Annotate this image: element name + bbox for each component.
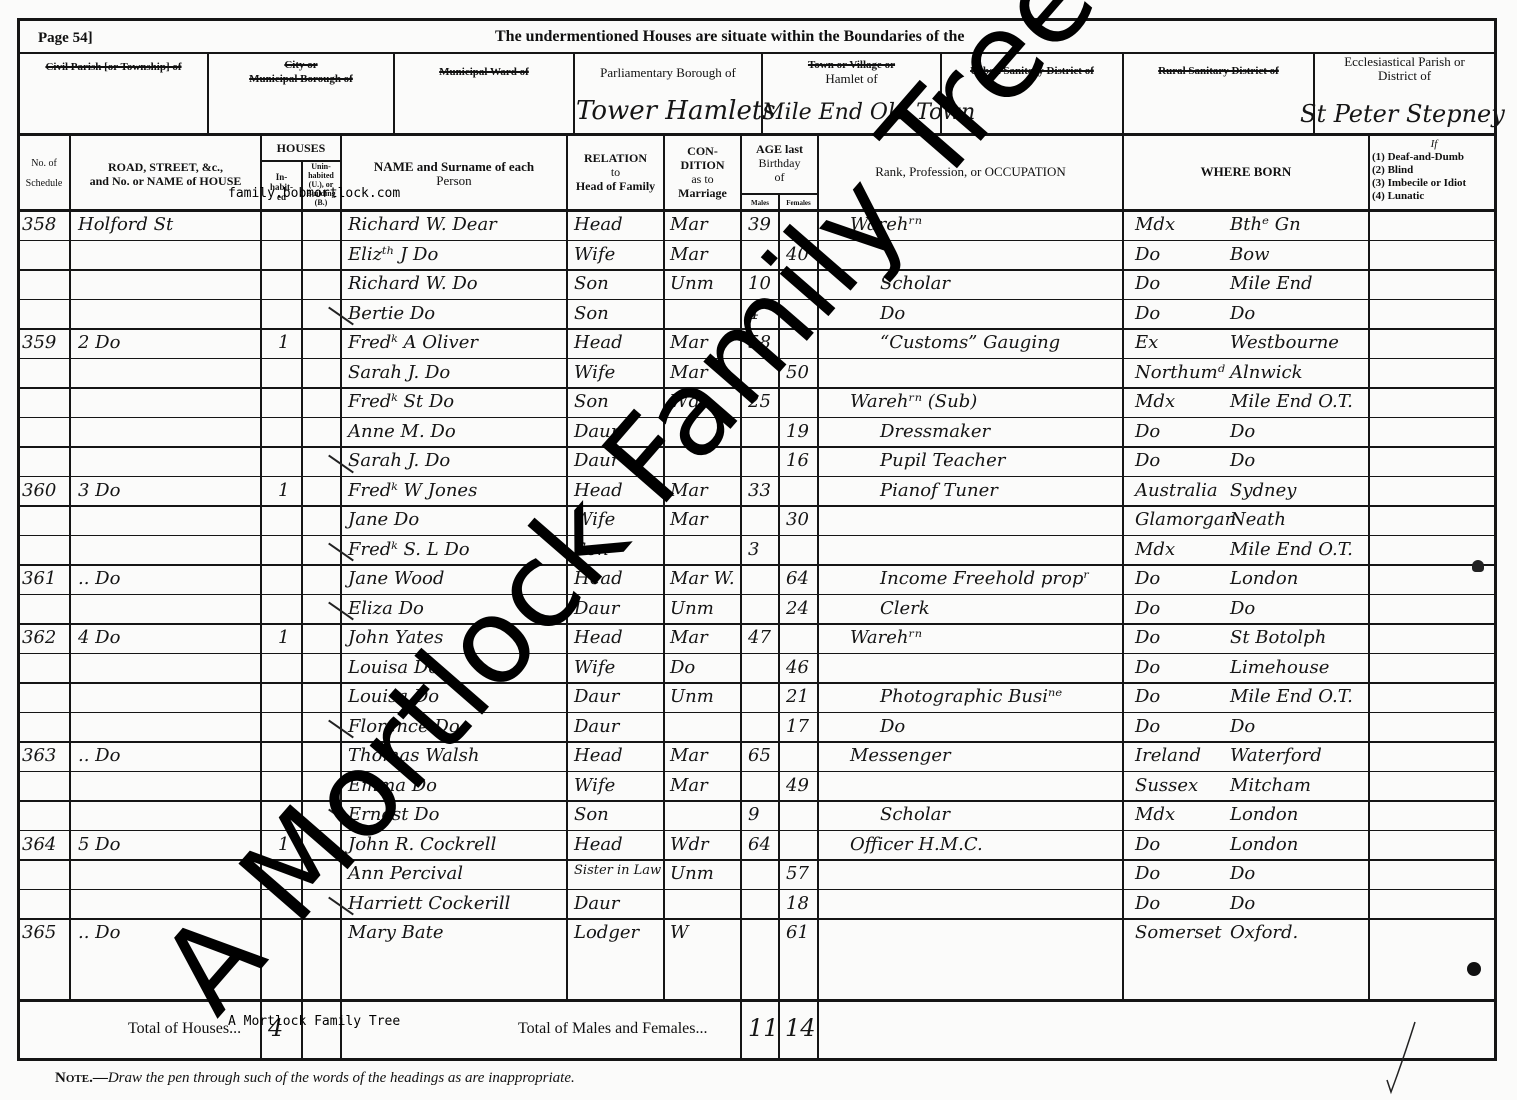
col-line-relation [663, 133, 665, 1000]
cell-name: Jane Wood [348, 568, 444, 589]
parliamentary-borough-value: Tower Hamlets [576, 96, 776, 126]
title-divider [17, 52, 1497, 54]
cell-male-age: 65 [748, 745, 771, 766]
municipal-borough-label-line2: Municipal Borough of [209, 72, 393, 86]
cell-occupation: Pupil Teacher [880, 450, 1005, 471]
header-schedule-line2: Schedule [19, 177, 69, 191]
cell-schedule: 359 [22, 332, 56, 353]
cell-born-place: Mile End O.T. [1230, 686, 1353, 707]
cell-name: Anne M. Do [348, 421, 456, 442]
cell-relation: Head [574, 834, 623, 855]
header-bottom [17, 209, 1497, 212]
cell-born-county: Ireland [1135, 745, 1201, 766]
cell-female-age: 61 [786, 922, 809, 943]
cell-relation: Head [574, 214, 623, 235]
cell-born-place: Do [1230, 598, 1255, 619]
cell-born-county: Do [1135, 716, 1160, 737]
cell-road: .. Do [78, 568, 120, 589]
header-road: ROAD, STREET, &c., and No. or NAME of HO… [71, 160, 260, 188]
header-infirmity: If (1) Deaf-and-Dumb (2) Blind (3) Imbec… [1372, 138, 1496, 203]
cell-born-county: Do [1135, 627, 1160, 648]
cell-schedule: 365 [22, 922, 56, 943]
cell-schedule: 362 [22, 627, 56, 648]
ecclesiastical-parish-label-line2: District of [1315, 69, 1494, 83]
row-rule [19, 564, 1494, 566]
cell-born-place: Bthᵉ Gn [1230, 214, 1301, 235]
cell-schedule: 363 [22, 745, 56, 766]
cell-name: Eliza Do [348, 598, 424, 619]
cell-born-place: Do [1230, 421, 1255, 442]
cell-born-place: Mitcham [1230, 775, 1311, 796]
cell-male-age: 33 [748, 480, 771, 501]
cell-female-age: 17 [786, 716, 809, 737]
page-number: Page 54] [38, 30, 93, 47]
cell-born-county: Mdx [1135, 539, 1175, 560]
watermark-url: family.bobmortlock.com [228, 186, 400, 201]
ink-blot-icon [1467, 962, 1481, 976]
cell-female-age: 57 [786, 863, 809, 884]
header-uninhabited-line2: habited [302, 171, 340, 180]
cell-born-county: Northumᵈ [1135, 362, 1225, 383]
cell-schedule: 358 [22, 214, 56, 235]
cell-relation: Son [574, 804, 609, 825]
row-rule [19, 771, 1494, 773]
cell-born-county: Do [1135, 273, 1160, 294]
footnote-prefix: Note.— [55, 1070, 108, 1086]
header-uninhabited-line1: Unin- [302, 162, 340, 171]
cell-born-county: Do [1135, 244, 1160, 265]
header-name-line1: NAME and Surname of each [342, 160, 566, 174]
cell-name: Richard W. Do [348, 273, 478, 294]
header-condition: CON- DITION as to Marriage [665, 144, 740, 200]
cell-born-place: Alnwick [1230, 362, 1303, 383]
header-relation-line2: to [568, 165, 663, 179]
cell-born-county: Do [1135, 686, 1160, 707]
cell-road: 2 Do [78, 332, 120, 353]
row-rule [19, 741, 1494, 743]
total-persons-label: Total of Males and Females... [518, 1020, 708, 1038]
cell-female-age: 24 [786, 598, 809, 619]
cell-male-age: 3 [748, 539, 759, 560]
cell-male-age: 47 [748, 627, 771, 648]
cell-road: 4 Do [78, 627, 120, 648]
cell-name: Fredᵏ A Oliver [348, 332, 478, 353]
cell-relation: Sister in Law [574, 863, 661, 878]
cell-condition: Wdr [670, 834, 709, 855]
cell-condition: Do [670, 657, 695, 678]
cell-occupation: Income Freehold propʳ [880, 568, 1090, 589]
cell-born-place: Westbourne [1230, 332, 1339, 353]
cell-born-place: Do [1230, 450, 1255, 471]
cell-female-age: 64 [786, 568, 809, 589]
header-infirmity-2: (2) Blind [1372, 164, 1496, 177]
row-rule [19, 535, 1494, 537]
row-rule [19, 800, 1494, 802]
cell-born-county: Do [1135, 657, 1160, 678]
cell-born-place: Mile End O.T. [1230, 391, 1353, 412]
cell-relation: Head [574, 745, 623, 766]
header-infirmity-if: If [1372, 138, 1496, 151]
cell-born-place: Do [1230, 716, 1255, 737]
cell-occupation: Photographic Busiⁿᵉ [880, 686, 1062, 707]
cell-occupation: “Customs” Gauging [880, 332, 1060, 353]
header-condition-line3: as to [665, 172, 740, 186]
cell-relation: Son [574, 303, 609, 324]
col-line-uninhabited [340, 133, 342, 1060]
row-rule [19, 505, 1494, 507]
cell-born-place: Oxford. [1230, 922, 1298, 943]
cell-condition: W [670, 922, 689, 943]
cell-name: Sarah J. Do [348, 362, 450, 383]
cell-relation: Wife [574, 657, 615, 678]
cell-name: Fredᵏ W Jones [348, 480, 477, 501]
col-line-where-born [1368, 133, 1370, 1000]
header-houses: HOUSES [262, 141, 340, 155]
cell-condition: Unm [670, 863, 714, 884]
cell-relation: Wife [574, 775, 615, 796]
cell-name: Fredᵏ S. L Do [348, 539, 470, 560]
cell-relation: Wife [574, 244, 615, 265]
cell-born-place: Mile End O.T. [1230, 539, 1353, 560]
cell-occupation: Officer H.M.C. [850, 834, 983, 855]
cell-born-place: London [1230, 834, 1298, 855]
ecclesiastical-parish-label-line1: Ecclesiastical Parish or [1315, 55, 1494, 69]
cell-relation: Head [574, 332, 623, 353]
cell-born-county: Ex [1135, 332, 1158, 353]
cell-born-place: Do [1230, 863, 1255, 884]
cell-condition: Mar [670, 745, 708, 766]
cell-born-place: Mile End [1230, 273, 1313, 294]
ecclesiastical-parish-value: St Peter Stepney [1300, 100, 1505, 128]
cell-condition: Mar [670, 775, 708, 796]
cell-occupation: Warehʳⁿ [850, 627, 922, 648]
cell-inhabited: 1 [278, 627, 289, 648]
cell-condition: Mar [670, 627, 708, 648]
cell-occupation: Pianof Tuner [880, 480, 998, 501]
cell-born-place: Bow [1230, 244, 1269, 265]
cell-born-county: Mdx [1135, 391, 1175, 412]
cell-relation: Son [574, 273, 609, 294]
cell-condition: Mar [670, 214, 708, 235]
ink-blot-icon [1472, 560, 1484, 572]
cell-schedule: 364 [22, 834, 56, 855]
cell-name: Harriett Cockerill [348, 893, 510, 914]
cell-born-place: Waterford [1230, 745, 1322, 766]
cell-born-county: Sussex [1135, 775, 1198, 796]
cell-born-county: Do [1135, 303, 1160, 324]
cell-relation: Lodger [574, 922, 639, 943]
municipal-borough-label-line1: City or [209, 58, 393, 72]
cell-condition: Unm [670, 686, 714, 707]
cell-male-age: 64 [748, 834, 771, 855]
row-rule [19, 682, 1494, 684]
header-condition-line1: CON- [665, 144, 740, 158]
header-inhabited-line1: In- [262, 172, 301, 182]
municipal-ward-label: Municipal Ward of [395, 65, 573, 79]
cell-female-age: 49 [786, 775, 809, 796]
cell-born-county: Do [1135, 834, 1160, 855]
cell-born-place: Do [1230, 303, 1255, 324]
municipal-borough-label: City or Municipal Borough of [209, 58, 393, 86]
header-relation-line3: Head of Family [568, 179, 663, 193]
footnote-text: Draw the pen through such of the words o… [108, 1070, 575, 1086]
cell-born-place: Limehouse [1230, 657, 1329, 678]
cell-name: Mary Bate [348, 922, 444, 943]
header-name: NAME and Surname of each Person [342, 160, 566, 188]
header-condition-line2: DITION [665, 158, 740, 172]
header-age-line1: AGE last [742, 142, 817, 156]
cell-female-age: 18 [786, 893, 809, 914]
cell-occupation: Do [880, 716, 905, 737]
cell-name: Elizᵗʰ J Do [348, 244, 438, 265]
cell-born-county: Do [1135, 893, 1160, 914]
cell-schedule: 360 [22, 480, 56, 501]
ecclesiastical-parish-label: Ecclesiastical Parish or District of [1315, 55, 1494, 83]
cell-born-county: Do [1135, 863, 1160, 884]
row-rule [19, 476, 1494, 478]
cell-occupation: Dressmaker [880, 421, 990, 442]
header-age-line2: Birthday [742, 156, 817, 170]
cell-born-county: Do [1135, 568, 1160, 589]
cell-occupation: Clerk [880, 598, 930, 619]
cell-schedule: 361 [22, 568, 56, 589]
cell-occupation: Scholar [880, 804, 950, 825]
cell-occupation: Warehʳⁿ (Sub) [850, 391, 977, 412]
header-where-born: WHERE BORN [1124, 165, 1368, 179]
total-females-value: 14 [785, 1014, 816, 1042]
cell-name: Jane Do [348, 509, 419, 530]
frame-bottom [17, 1058, 1497, 1061]
cell-inhabited: 1 [278, 332, 289, 353]
cell-born-county: Mdx [1135, 804, 1175, 825]
frame-top [17, 18, 1497, 21]
cell-inhabited: 1 [278, 480, 289, 501]
cell-born-county: Do [1135, 421, 1160, 442]
cell-female-age: 19 [786, 421, 809, 442]
header-schedule-line1: No. of [19, 157, 69, 171]
header-relation: RELATION to Head of Family [568, 151, 663, 193]
row-rule [19, 446, 1494, 448]
cell-road: .. Do [78, 922, 120, 943]
cell-born-county: Australia [1135, 480, 1218, 501]
footnote: Note.—Draw the pen through such of the w… [55, 1070, 575, 1087]
page-title: The undermentioned Houses are situate wi… [495, 28, 965, 46]
cell-road: .. Do [78, 745, 120, 766]
cell-female-age: 30 [786, 509, 809, 530]
district-divider [573, 52, 575, 133]
cell-born-county: Do [1135, 450, 1160, 471]
cell-female-age: 21 [786, 686, 809, 707]
cell-occupation: Do [880, 303, 905, 324]
cell-born-county: Do [1135, 598, 1160, 619]
row-rule [19, 712, 1494, 714]
cell-born-place: Do [1230, 893, 1255, 914]
cell-relation: Wife [574, 362, 615, 383]
row-rule [19, 594, 1494, 596]
row-rule [19, 653, 1494, 655]
cell-condition: Mar [670, 244, 708, 265]
rural-sanitary-label: Rural Sanitary District of [1124, 64, 1313, 78]
cell-relation: Daur [574, 686, 619, 707]
checkmark-icon [1385, 1020, 1425, 1100]
cell-born-county: Mdx [1135, 214, 1175, 235]
cell-born-place: London [1230, 568, 1298, 589]
col-line-occupation [1122, 133, 1124, 1000]
cell-condition: Mar W. [670, 568, 735, 589]
cell-road: Holford St [78, 214, 173, 235]
header-relation-line1: RELATION [568, 151, 663, 165]
cell-relation: Daur [574, 716, 619, 737]
cell-name: Fredᵏ St Do [348, 391, 454, 412]
header-infirmity-3: (3) Imbecile or Idiot [1372, 177, 1496, 190]
cell-road: 5 Do [78, 834, 120, 855]
cell-female-age: 16 [786, 450, 809, 471]
cell-born-county: Glamorgan [1135, 509, 1236, 530]
parliamentary-borough-label: Parliamentary Borough of [575, 66, 761, 80]
cell-relation: Daur [574, 893, 619, 914]
cell-born-place: London [1230, 804, 1298, 825]
cell-name: Bertie Do [348, 303, 435, 324]
cell-born-place: Neath [1230, 509, 1286, 530]
cell-male-age: 9 [748, 804, 759, 825]
total-males-value: 11 [748, 1014, 779, 1042]
header-males: Males [742, 198, 778, 208]
cell-condition: Unm [670, 598, 714, 619]
col-line-schedule [69, 133, 71, 1000]
district-row-bottom [17, 133, 1497, 136]
header-road-line1: ROAD, STREET, &c., [71, 160, 260, 174]
cell-occupation: Messenger [850, 745, 951, 766]
row-rule [19, 623, 1494, 625]
header-schedule: No. of Schedule [19, 157, 69, 191]
header-condition-line4: Marriage [665, 186, 740, 200]
civil-parish-label: Civil Parish [or Township] of [20, 60, 207, 74]
cell-born-place: St Botolph [1230, 627, 1326, 648]
cell-name: Sarah J. Do [348, 450, 450, 471]
header-infirmity-4: (4) Lunatic [1372, 190, 1496, 203]
header-infirmity-1: (1) Deaf-and-Dumb [1372, 151, 1496, 164]
cell-born-place: Sydney [1230, 480, 1296, 501]
cell-female-age: 46 [786, 657, 809, 678]
cell-road: 3 Do [78, 480, 120, 501]
cell-born-county: Somerset [1135, 922, 1222, 943]
cell-name: Richard W. Dear [348, 214, 497, 235]
